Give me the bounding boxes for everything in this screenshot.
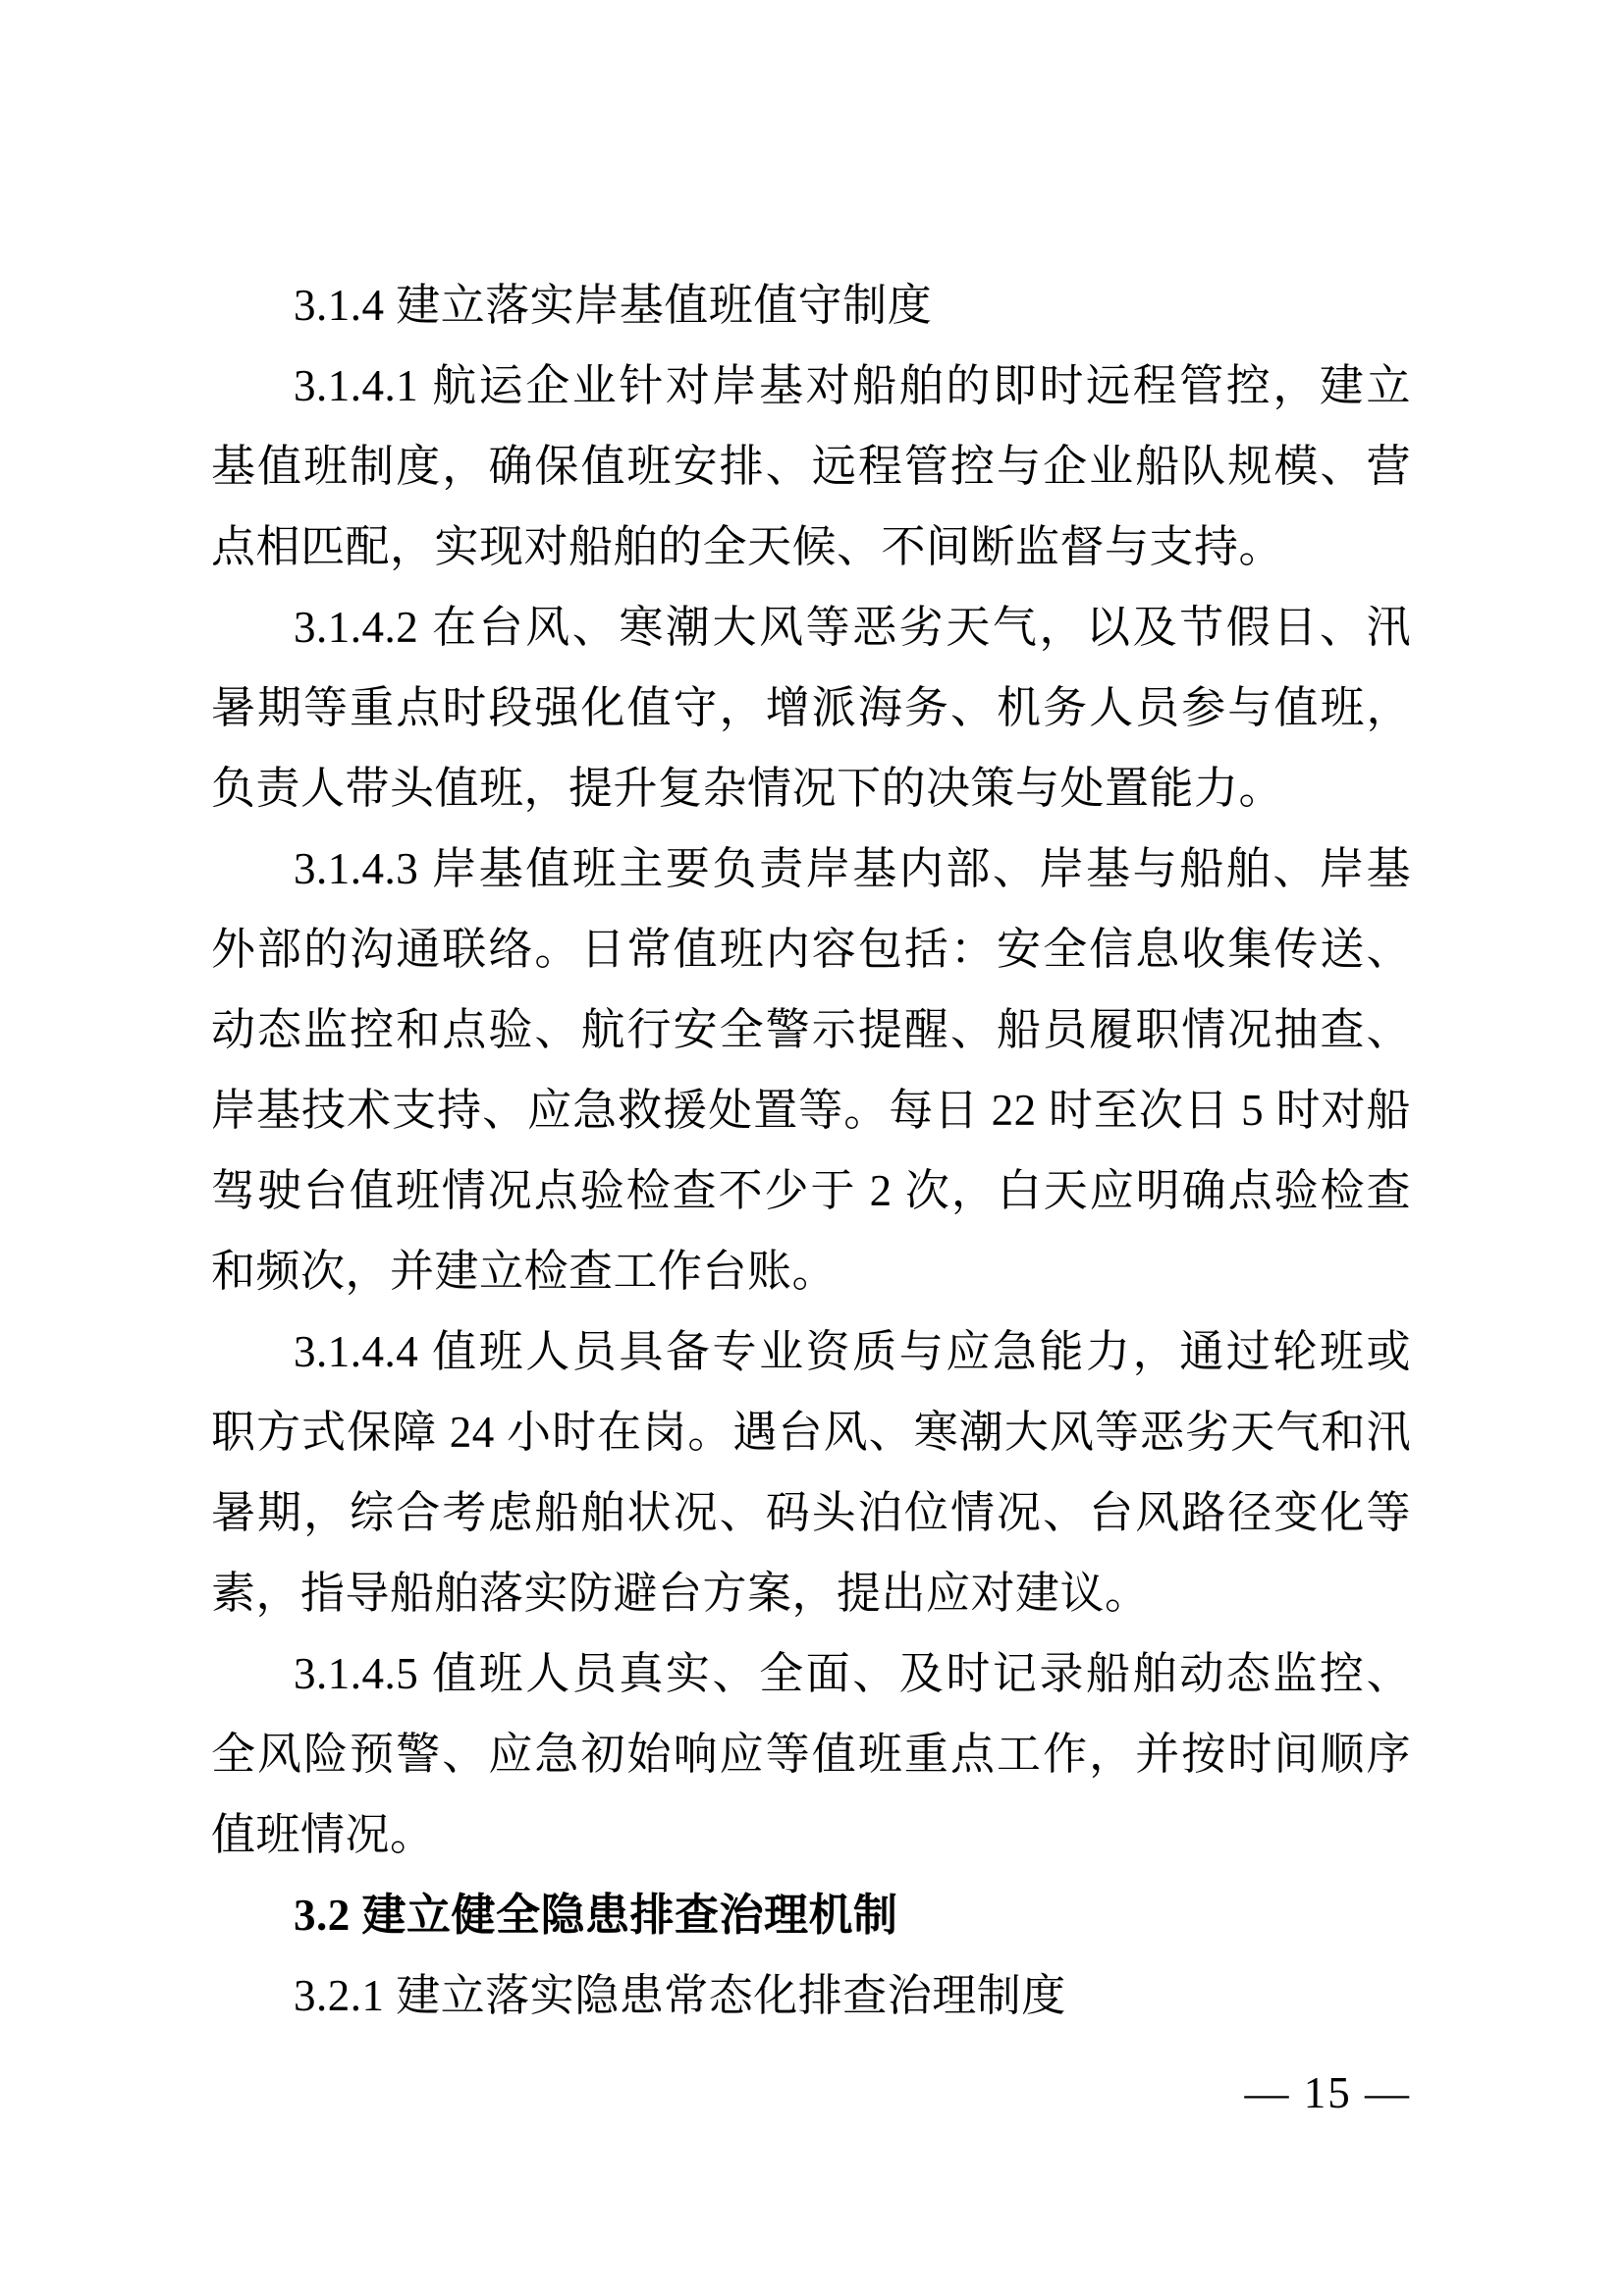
section-heading-3-2-1: 3.2.1 建立落实隐患常态化排查治理制度 bbox=[211, 1955, 1411, 2036]
paragraph-3-1-4-4-line-1: 3.1.4.4 值班人员具备专业资质与应急能力，通过轮班或专 bbox=[211, 1311, 1411, 1392]
document-page: 3.1.4 建立落实岸基值班值守制度 3.1.4.1 航运企业针对岸基对船舶的即… bbox=[0, 0, 1624, 2296]
paragraph-3-1-4-1-line-3: 点相匹配，实现对船舶的全天候、不间断监督与支持。 bbox=[211, 507, 1411, 587]
paragraph-3-1-4-2-line-3: 负责人带头值班，提升复杂情况下的决策与处置能力。 bbox=[211, 748, 1411, 828]
paragraph-3-1-4-3-line-1: 3.1.4.3 岸基值班主要负责岸基内部、岸基与船舶、岸基与 bbox=[211, 828, 1411, 909]
section-heading-3-1-4: 3.1.4 建立落实岸基值班值守制度 bbox=[211, 265, 1411, 346]
paragraph-3-1-4-1-line-1: 3.1.4.1 航运企业针对岸基对船舶的即时远程管控，建立岸 bbox=[211, 346, 1411, 426]
paragraph-3-1-4-5-line-1: 3.1.4.5 值班人员真实、全面、及时记录船舶动态监控、安 bbox=[211, 1633, 1411, 1714]
document-body: 3.1.4 建立落实岸基值班值守制度 3.1.4.1 航运企业针对岸基对船舶的即… bbox=[211, 265, 1411, 2036]
paragraph-3-1-4-4-line-2: 职方式保障 24 小时在岗。遇台风、寒潮大风等恶劣天气和汛期 bbox=[211, 1392, 1411, 1472]
paragraph-3-1-4-2-line-1: 3.1.4.2 在台风、寒潮大风等恶劣天气，以及节假日、汛期 bbox=[211, 587, 1411, 667]
paragraph-3-1-4-3-line-3: 动态监控和点验、航行安全警示提醒、船员履职情况抽查、提供 bbox=[211, 989, 1411, 1070]
paragraph-3-1-4-3-line-4: 岸基技术支持、应急救援处置等。每日 22 时至次日 5 时对船舶 bbox=[211, 1070, 1411, 1150]
paragraph-3-1-4-1-line-2: 基值班制度，确保值班安排、远程管控与企业船队规模、营运特 bbox=[211, 426, 1411, 507]
section-heading-3-2: 3.2 建立健全隐患排查治理机制 bbox=[211, 1875, 1411, 1955]
paragraph-3-1-4-3-line-6: 和频次，并建立检查工作台账。 bbox=[211, 1231, 1411, 1311]
paragraph-3-1-4-4-line-4: 素，指导船舶落实防避台方案，提出应对建议。 bbox=[211, 1553, 1411, 1633]
paragraph-3-1-4-3-line-2: 外部的沟通联络。日常值班内容包括：安全信息收集传送、船舶 bbox=[211, 909, 1411, 989]
page-number: — 15 — bbox=[211, 2067, 1411, 2118]
paragraph-3-1-4-3-line-5: 驾驶台值班情况点验检查不少于 2 次，白天应明确点验检查要求 bbox=[211, 1150, 1411, 1231]
paragraph-3-1-4-5-line-3: 值班情况。 bbox=[211, 1794, 1411, 1875]
paragraph-3-1-4-4-line-3: 暑期，综合考虑船舶状况、码头泊位情况、台风路径变化等因 bbox=[211, 1472, 1411, 1553]
paragraph-3-1-4-5-line-2: 全风险预警、应急初始响应等值班重点工作，并按时间顺序记录 bbox=[211, 1714, 1411, 1794]
paragraph-3-1-4-2-line-2: 暑期等重点时段强化值守，增派海务、机务人员参与值班，企业 bbox=[211, 667, 1411, 748]
